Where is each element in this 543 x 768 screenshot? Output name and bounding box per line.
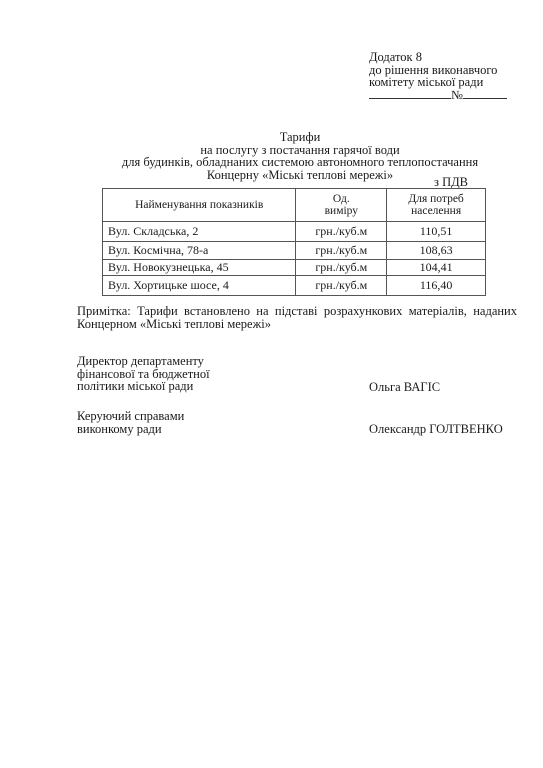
- signature-name-manager: Олександр ГОЛТВЕНКО: [369, 422, 503, 437]
- number-sign: №: [451, 88, 463, 102]
- table-row: Вул. Новокузнецька, 45 грн./куб.м 104,41: [103, 260, 486, 276]
- note-line-2: Концерном «Міські теплові мережі»: [77, 318, 517, 331]
- document-title: Тарифи: [90, 131, 510, 144]
- cell-value: 110,51: [387, 222, 486, 242]
- cell-name: Вул. Космічна, 78-а: [103, 242, 296, 260]
- decision-number-blank: [463, 89, 507, 99]
- note-line-1: Примітка: Тарифи встановлено на підставі…: [77, 305, 517, 318]
- column-header-unit: Од.виміру: [296, 189, 387, 222]
- cell-unit: грн./куб.м: [296, 222, 387, 242]
- column-header-name: Найменування показників: [103, 189, 296, 222]
- table-row: Вул. Хортицьке шосе, 4 грн./куб.м 116,40: [103, 276, 486, 296]
- annex-number-line: №: [369, 89, 507, 102]
- cell-name: Вул. Складська, 2: [103, 222, 296, 242]
- annex-title: Додаток 8: [369, 51, 507, 64]
- column-header-value: Для потребнаселення: [387, 189, 486, 222]
- document-subtitle-2: для будинків, обладнаних системою автоно…: [90, 156, 510, 169]
- cell-unit: грн./куб.м: [296, 242, 387, 260]
- tariff-table: Найменування показників Од.виміру Для по…: [102, 188, 486, 296]
- annex-line-3: комітету міської ради: [369, 76, 507, 89]
- cell-name: Вул. Хортицьке шосе, 4: [103, 276, 296, 296]
- cell-unit: грн./куб.м: [296, 276, 387, 296]
- table-row: Вул. Складська, 2 грн./куб.м 110,51: [103, 222, 486, 242]
- cell-value: 104,41: [387, 260, 486, 276]
- cell-value: 116,40: [387, 276, 486, 296]
- decision-date-blank: [369, 89, 451, 99]
- signature-role-director: Директор департаменту фінансової та бюдж…: [77, 355, 210, 393]
- signature-name-director: Ольга ВАГІС: [369, 380, 440, 395]
- cell-value: 108,63: [387, 242, 486, 260]
- signature-role-manager: Керуючий справами виконкому ради: [77, 410, 184, 435]
- note-block: Примітка: Тарифи встановлено на підставі…: [77, 305, 517, 330]
- cell-unit: грн./куб.м: [296, 260, 387, 276]
- annex-block: Додаток 8 до рішення виконавчого комітет…: [369, 51, 507, 101]
- cell-name: Вул. Новокузнецька, 45: [103, 260, 296, 276]
- table-row: Вул. Космічна, 78-а грн./куб.м 108,63: [103, 242, 486, 260]
- document-title-block: Тарифи на послугу з постачання гарячої в…: [90, 131, 510, 181]
- table-header-row: Найменування показників Од.виміру Для по…: [103, 189, 486, 222]
